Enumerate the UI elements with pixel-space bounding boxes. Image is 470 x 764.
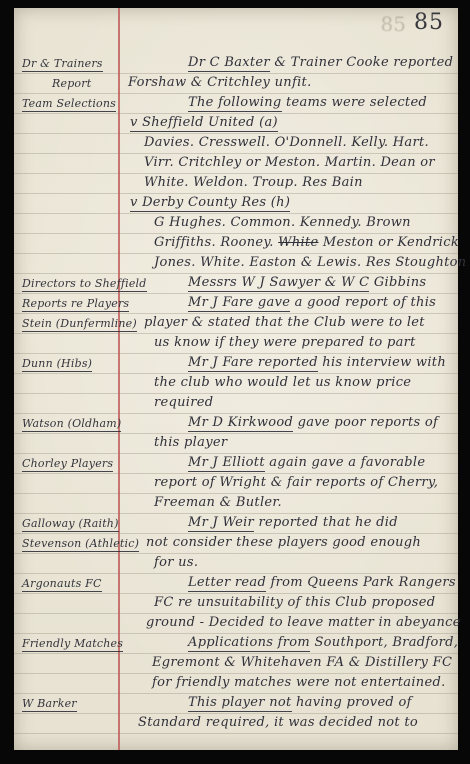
body-text: this player bbox=[154, 435, 227, 450]
margin-heading: Watson (Oldham) bbox=[22, 417, 121, 432]
plain-text: a good report of this bbox=[290, 295, 436, 310]
body-text: Jones. White. Easton & Lewis. Res Stough… bbox=[154, 255, 466, 270]
body-text: ground - Decided to leave matter in abey… bbox=[146, 615, 461, 630]
plain-text: Jones. White. Easton & Lewis. Res Stough… bbox=[154, 255, 466, 270]
margin-heading: Friendly Matches bbox=[22, 637, 123, 652]
body-text: player & stated that the Club were to le… bbox=[144, 315, 425, 330]
body-text: FC re unsuitability of this Club propose… bbox=[154, 595, 435, 610]
body-text: Davies. Cresswell. O'Donnell. Kelly. Har… bbox=[144, 135, 429, 150]
ghost-page-number: 85 bbox=[381, 12, 406, 36]
minute-line: us know if they were prepared to part bbox=[14, 335, 454, 355]
minute-line: required bbox=[14, 395, 454, 415]
body-text: not consider these players good enough bbox=[146, 535, 421, 550]
margin-heading: Chorley Players bbox=[22, 457, 113, 472]
minute-line: the club who would let us know price bbox=[14, 375, 454, 395]
plain-text: Griffiths. Rooney. bbox=[154, 235, 278, 250]
minute-line: Reports re PlayersMr J Fare gave a good … bbox=[14, 295, 454, 315]
margin-heading: Stein (Dunfermline) bbox=[22, 317, 137, 332]
plain-text: required bbox=[154, 395, 213, 410]
margin-heading: Dr & Trainers bbox=[22, 57, 103, 72]
body-text: Forshaw & Critchley unfit. bbox=[128, 75, 312, 90]
minute-line: report of Wright & fair reports of Cherr… bbox=[14, 475, 454, 495]
underlined-text: The following bbox=[188, 95, 282, 112]
plain-text: & Trainer Cooke reported bbox=[270, 55, 453, 70]
underlined-text: Letter read bbox=[188, 575, 266, 592]
minute-line: Freeman & Butler. bbox=[14, 495, 454, 515]
body-text: Egremont & Whitehaven FA & Distillery FC bbox=[152, 655, 452, 670]
body-text: Freeman & Butler. bbox=[154, 495, 282, 510]
plain-text: gave poor reports of bbox=[293, 415, 438, 430]
minute-line: v Derby County Res (h) bbox=[14, 195, 454, 215]
minute-line: Virr. Critchley or Meston. Martin. Dean … bbox=[14, 155, 454, 175]
body-text: Letter read from Queens Park Rangers bbox=[188, 575, 456, 590]
body-text: Dr C Baxter & Trainer Cooke reported bbox=[188, 55, 453, 70]
minute-line: ReportForshaw & Critchley unfit. bbox=[14, 75, 454, 95]
margin-heading: Dunn (Hibs) bbox=[22, 357, 92, 372]
margin-heading: Directors to Sheffield bbox=[22, 277, 147, 292]
plain-text: FC re unsuitability of this Club propose… bbox=[154, 595, 435, 610]
plain-text: Davies. Cresswell. O'Donnell. Kelly. Har… bbox=[144, 135, 429, 150]
underlined-text: This player not bbox=[188, 695, 292, 712]
minute-line: FC re unsuitability of this Club propose… bbox=[14, 595, 454, 615]
minute-line: for friendly matches were not entertaine… bbox=[14, 675, 454, 695]
minute-line: for us. bbox=[14, 555, 454, 575]
minute-line: Watson (Oldham)Mr D Kirkwood gave poor r… bbox=[14, 415, 454, 435]
margin-heading: Argonauts FC bbox=[22, 577, 102, 592]
minute-line: Team SelectionsThe following teams were … bbox=[14, 95, 454, 115]
minute-line: Griffiths. Rooney. White Meston or Kendr… bbox=[14, 235, 454, 255]
body-text: Mr J Fare reported his interview with bbox=[188, 355, 446, 370]
body-text: Mr J Fare gave a good report of this bbox=[188, 295, 436, 310]
body-text: Applications from Southport, Bradford, bbox=[188, 635, 458, 650]
body-text: Mr J Elliott again gave a favorable bbox=[188, 455, 425, 470]
plain-text: Freeman & Butler. bbox=[154, 495, 282, 510]
plain-text: having proved of bbox=[292, 695, 412, 710]
underlined-text: Mr J Elliott bbox=[188, 455, 265, 472]
body-text: This player not having proved of bbox=[188, 695, 412, 710]
minute-line: Stein (Dunfermline)player & stated that … bbox=[14, 315, 454, 335]
minute-line: White. Weldon. Troup. Res Bain bbox=[14, 175, 454, 195]
plain-text: Southport, Bradford, bbox=[310, 635, 458, 650]
minute-lines: Dr & TrainersDr C Baxter & Trainer Cooke… bbox=[14, 55, 454, 735]
plain-text: White. Weldon. Troup. Res Bain bbox=[144, 175, 363, 190]
underlined-text: Mr D Kirkwood bbox=[188, 415, 293, 432]
struck-text: White bbox=[278, 235, 318, 250]
body-text: Virr. Critchley or Meston. Martin. Dean … bbox=[144, 155, 435, 170]
plain-text: reported that he did bbox=[254, 515, 398, 530]
margin-heading: W Barker bbox=[22, 697, 77, 712]
minute-line: Friendly MatchesApplications from Southp… bbox=[14, 635, 454, 655]
minute-line: Davies. Cresswell. O'Donnell. Kelly. Har… bbox=[14, 135, 454, 155]
minute-line: Argonauts FCLetter read from Queens Park… bbox=[14, 575, 454, 595]
body-text: Mr J Weir reported that he did bbox=[188, 515, 398, 530]
margin-heading: Reports re Players bbox=[22, 297, 129, 312]
minute-line: Dunn (Hibs)Mr J Fare reported his interv… bbox=[14, 355, 454, 375]
plain-text: Meston or Kendrick bbox=[318, 235, 459, 250]
body-text: v Sheffield United (a) bbox=[130, 115, 278, 130]
margin-heading: Galloway (Raith) bbox=[22, 517, 119, 532]
notebook-page: 85 85 Dr & TrainersDr C Baxter & Trainer… bbox=[14, 8, 458, 750]
photo-background: { "page": { "number": "85", "ghost_numbe… bbox=[0, 0, 470, 764]
minute-line: Standard required, it was decided not to bbox=[14, 715, 454, 735]
body-text: us know if they were prepared to part bbox=[154, 335, 416, 350]
minute-line: v Sheffield United (a) bbox=[14, 115, 454, 135]
body-text: Messrs W J Sawyer & W C Gibbins bbox=[188, 275, 426, 290]
plain-text: report of Wright & fair reports of Cherr… bbox=[154, 475, 438, 490]
minute-line: W BarkerThis player not having proved of bbox=[14, 695, 454, 715]
plain-text: from Queens Park Rangers bbox=[266, 575, 456, 590]
body-text: report of Wright & fair reports of Cherr… bbox=[154, 475, 438, 490]
body-text: Griffiths. Rooney. White Meston or Kendr… bbox=[154, 235, 459, 250]
body-text: Mr D Kirkwood gave poor reports of bbox=[188, 415, 438, 430]
plain-text: Egremont & Whitehaven FA & Distillery FC bbox=[152, 655, 452, 670]
plain-text: not consider these players good enough bbox=[146, 535, 421, 550]
minute-line: Directors to SheffieldMessrs W J Sawyer … bbox=[14, 275, 454, 295]
plain-text: Standard required, it was decided not to bbox=[138, 715, 418, 730]
body-text: the club who would let us know price bbox=[154, 375, 411, 390]
minute-line: Egremont & Whitehaven FA & Distillery FC bbox=[14, 655, 454, 675]
minute-line: Stevenson (Athletic)not consider these p… bbox=[14, 535, 454, 555]
plain-text: Gibbins bbox=[369, 275, 426, 290]
underlined-text: v Derby County Res (h) bbox=[130, 195, 290, 212]
plain-text: Virr. Critchley or Meston. Martin. Dean … bbox=[144, 155, 435, 170]
minute-line: Chorley PlayersMr J Elliott again gave a… bbox=[14, 455, 454, 475]
plain-text: G Hughes. Common. Kennedy. Brown bbox=[154, 215, 411, 230]
body-text: for us. bbox=[154, 555, 198, 570]
plain-text: us know if they were prepared to part bbox=[154, 335, 416, 350]
underlined-text: Mr J Fare gave bbox=[188, 295, 290, 312]
margin-heading: Report bbox=[52, 77, 91, 90]
minute-line: this player bbox=[14, 435, 454, 455]
underlined-text: Mr J Fare reported bbox=[188, 355, 318, 372]
plain-text: teams were selected bbox=[282, 95, 428, 110]
plain-text: again gave a favorable bbox=[265, 455, 426, 470]
body-text: White. Weldon. Troup. Res Bain bbox=[144, 175, 363, 190]
minute-line: G Hughes. Common. Kennedy. Brown bbox=[14, 215, 454, 235]
minute-line: Jones. White. Easton & Lewis. Res Stough… bbox=[14, 255, 454, 275]
plain-text: this player bbox=[154, 435, 227, 450]
plain-text: Forshaw & Critchley unfit. bbox=[128, 75, 312, 90]
page-number: 85 bbox=[414, 10, 444, 35]
margin-heading: Stevenson (Athletic) bbox=[22, 537, 139, 552]
underlined-text: Dr C Baxter bbox=[188, 55, 270, 72]
underlined-text: v Sheffield United (a) bbox=[130, 115, 278, 132]
plain-text: his interview with bbox=[318, 355, 446, 370]
plain-text: for friendly matches were not entertaine… bbox=[152, 675, 446, 690]
minute-line: ground - Decided to leave matter in abey… bbox=[14, 615, 454, 635]
underlined-text: Applications from bbox=[188, 635, 310, 652]
body-text: for friendly matches were not entertaine… bbox=[152, 675, 446, 690]
body-text: required bbox=[154, 395, 213, 410]
plain-text: ground - Decided to leave matter in abey… bbox=[146, 615, 461, 630]
margin-heading: Team Selections bbox=[22, 97, 116, 112]
underlined-text: Messrs W J Sawyer & W C bbox=[188, 275, 369, 292]
plain-text: player & stated that the Club were to le… bbox=[144, 315, 425, 330]
underlined-text: Mr J Weir bbox=[188, 515, 254, 532]
minute-line: Dr & TrainersDr C Baxter & Trainer Cooke… bbox=[14, 55, 454, 75]
plain-text: for us. bbox=[154, 555, 198, 570]
minute-line: Galloway (Raith)Mr J Weir reported that … bbox=[14, 515, 454, 535]
body-text: v Derby County Res (h) bbox=[130, 195, 290, 210]
body-text: The following teams were selected bbox=[188, 95, 427, 110]
body-text: Standard required, it was decided not to bbox=[138, 715, 418, 730]
plain-text: the club who would let us know price bbox=[154, 375, 411, 390]
body-text: G Hughes. Common. Kennedy. Brown bbox=[154, 215, 411, 230]
